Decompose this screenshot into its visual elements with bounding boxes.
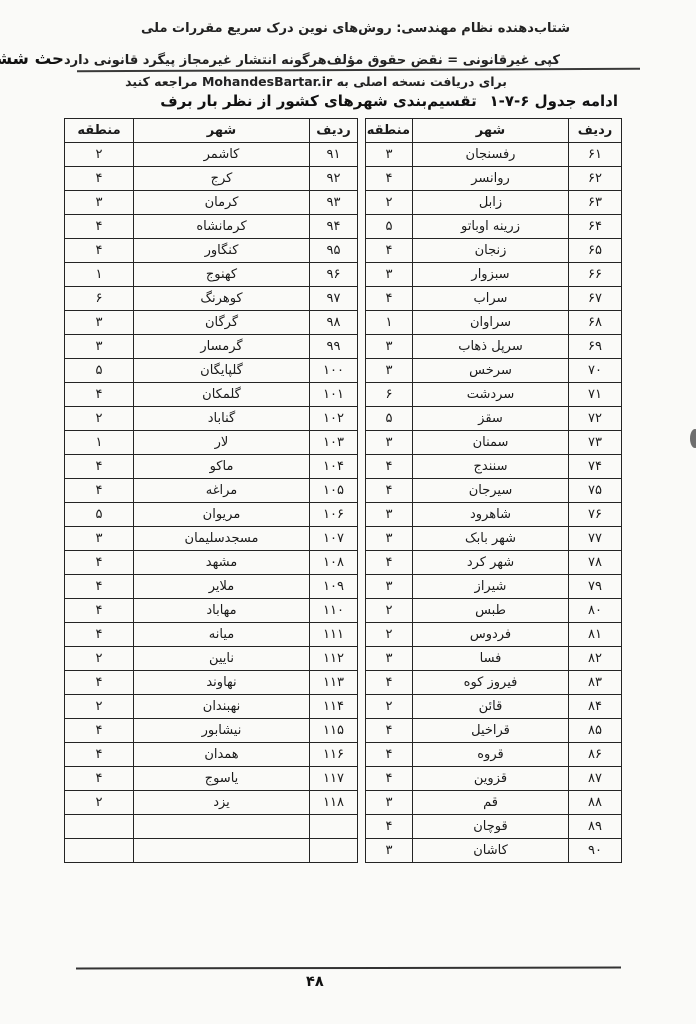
- table-row: ۱۱۰مهاباد۴: [65, 599, 358, 623]
- cell-city: قراخیل: [413, 719, 569, 743]
- table-header-row: ردیف شهر منطقه: [65, 119, 358, 143]
- cell-zone: ۲: [366, 191, 413, 215]
- cell-zone: ۳: [65, 311, 134, 335]
- column-header-zone: منطقه: [366, 119, 413, 143]
- cell-city: سرپل ذهاب: [413, 335, 569, 359]
- cell-city: نایین: [134, 647, 310, 671]
- page-number: ۴۸: [306, 974, 324, 990]
- cell-city: نیشابور: [134, 719, 310, 743]
- cell-zone: ۵: [65, 503, 134, 527]
- cell-city: کاشان: [413, 839, 569, 863]
- table-row: ۹۸گرگان۳: [65, 311, 358, 335]
- cell-row: ۱۱۴: [310, 695, 358, 719]
- table-row: ۱۰۱گلمکان۴: [65, 383, 358, 407]
- cell-zone: ۴: [366, 455, 413, 479]
- snow-load-table-right-half: ردیف شهر منطقه ۶۱رفسنجان۳۶۲روانسر۴۶۳زابل…: [365, 118, 622, 863]
- cell-zone: ۳: [366, 839, 413, 863]
- table-row: ۸۳فیروز کوه۴: [366, 671, 622, 695]
- cell-zone: ۳: [366, 431, 413, 455]
- cell-zone: ۳: [366, 575, 413, 599]
- column-header-city: شهر: [413, 119, 569, 143]
- cell-zone: ۴: [65, 743, 134, 767]
- cell-row: ۱۰۷: [310, 527, 358, 551]
- column-header-row-number: ردیف: [569, 119, 622, 143]
- cell-city: قائن: [413, 695, 569, 719]
- snow-load-tables: ردیف شهر منطقه ۶۱رفسنجان۳۶۲روانسر۴۶۳زابل…: [64, 118, 622, 863]
- cell-zone: ۴: [366, 167, 413, 191]
- cell-city: نهبندان: [134, 695, 310, 719]
- cell-row: ۷۸: [569, 551, 622, 575]
- table-row: ۶۸سراوان۱: [366, 311, 622, 335]
- cell-city: ماکو: [134, 455, 310, 479]
- table-row: ۱۰۲گناباد۲: [65, 407, 358, 431]
- cell-city: رفسنجان: [413, 143, 569, 167]
- cell-row: ۶۷: [569, 287, 622, 311]
- cell-city: سیرجان: [413, 479, 569, 503]
- table-row: ۶۹سرپل ذهاب۳: [366, 335, 622, 359]
- cell-zone: ۳: [366, 359, 413, 383]
- cell-zone: ۴: [65, 671, 134, 695]
- column-header-row-number: ردیف: [310, 119, 358, 143]
- cell-city: قزوین: [413, 767, 569, 791]
- cell-zone: ۲: [65, 143, 134, 167]
- table-row: ۹۰کاشان۳: [366, 839, 622, 863]
- cell-city: قم: [413, 791, 569, 815]
- table-row: ۷۵سیرجان۴: [366, 479, 622, 503]
- cell-zone: ۴: [65, 479, 134, 503]
- cell-row: ۷۱: [569, 383, 622, 407]
- legal-warning: هرگونه انتشار غیرمجاز پیگرد قانونی دارد: [64, 53, 327, 68]
- cell-zone: ۲: [65, 791, 134, 815]
- cell-zone: ۴: [366, 767, 413, 791]
- table-row: ۶۱رفسنجان۳: [366, 143, 622, 167]
- table-row: ۱۱۵نیشابور۴: [65, 719, 358, 743]
- cell-zone: ۳: [366, 527, 413, 551]
- cell-zone: ۳: [366, 791, 413, 815]
- cell-city: شیراز: [413, 575, 569, 599]
- cell-row: ۶۸: [569, 311, 622, 335]
- cell-zone: ۱: [65, 263, 134, 287]
- cell-row: ۸۸: [569, 791, 622, 815]
- cell-city: سرخس: [413, 359, 569, 383]
- table-row: ۷۳سمنان۳: [366, 431, 622, 455]
- table-row: ۹۹گرمسار۳: [65, 335, 358, 359]
- cell-row: ۹۹: [310, 335, 358, 359]
- cell-row: ۸۴: [569, 695, 622, 719]
- table-row: ۸۸قم۳: [366, 791, 622, 815]
- cell-city: یزد: [134, 791, 310, 815]
- cell-row: ۸۹: [569, 815, 622, 839]
- cell-row: ۶۴: [569, 215, 622, 239]
- table-row: ۶۲روانسر۴: [366, 167, 622, 191]
- cell-zone: ۴: [366, 719, 413, 743]
- cell-zone: ۴: [366, 551, 413, 575]
- table-row: ۶۷سراب۴: [366, 287, 622, 311]
- cell-zone: ۴: [65, 575, 134, 599]
- table-row: ۷۷شهر بابک۳: [366, 527, 622, 551]
- cell-zone: ۴: [366, 287, 413, 311]
- cell-city: کوهرنگ: [134, 287, 310, 311]
- cell-row: ۹۱: [310, 143, 358, 167]
- cell-zone: ۵: [366, 215, 413, 239]
- cell-city: کنگاور: [134, 239, 310, 263]
- table-row: ۱۱۶همدان۴: [65, 743, 358, 767]
- cell-zone: ۴: [366, 743, 413, 767]
- table-row: ۹۵کنگاور۴: [65, 239, 358, 263]
- table-row: ۱۱۴نهبندان۲: [65, 695, 358, 719]
- cell-city: مریوان: [134, 503, 310, 527]
- cell-row: ۶۹: [569, 335, 622, 359]
- cell-city: سراب: [413, 287, 569, 311]
- table-row: ۹۷کوهرنگ۶: [65, 287, 358, 311]
- table-row: ۱۱۷یاسوج۴: [65, 767, 358, 791]
- cell-row: ۸۵: [569, 719, 622, 743]
- cell-row: ۱۰۳: [310, 431, 358, 455]
- table-row: ۷۴سنندج۴: [366, 455, 622, 479]
- cell-zone: ۴: [366, 671, 413, 695]
- table-row: ۱۰۳لار۱: [65, 431, 358, 455]
- cell-row: ۱۱۸: [310, 791, 358, 815]
- cell-row: ۹۰: [569, 839, 622, 863]
- table-row: ۱۰۴ماکو۴: [65, 455, 358, 479]
- table-row: ۷۸شهر کرد۴: [366, 551, 622, 575]
- cell-city: کهنوج: [134, 263, 310, 287]
- header-promo-line: شتاب‌دهنده نظام مهندسی: روش‌های نوین درک…: [141, 21, 570, 36]
- cell-zone: [65, 815, 134, 839]
- table-row: ۱۰۹ملایر۴: [65, 575, 358, 599]
- cell-city: کرج: [134, 167, 310, 191]
- table-row: ۸۵قراخیل۴: [366, 719, 622, 743]
- table-row: ۹۱کاشمر۲: [65, 143, 358, 167]
- table-row: ۸۰طبس۲: [366, 599, 622, 623]
- cell-city: سمنان: [413, 431, 569, 455]
- cell-city: گرگان: [134, 311, 310, 335]
- cell-city: مشهد: [134, 551, 310, 575]
- cell-zone: ۱: [65, 431, 134, 455]
- table-row: ۶۶سبزوار۳: [366, 263, 622, 287]
- table-row: ۷۶شاهرود۳: [366, 503, 622, 527]
- cell-zone: ۶: [366, 383, 413, 407]
- cell-row: ۱۱۵: [310, 719, 358, 743]
- cell-city: سردشت: [413, 383, 569, 407]
- cell-row: ۶۲: [569, 167, 622, 191]
- table-row: ۱۱۲نایین۲: [65, 647, 358, 671]
- table-row: ۸۲فسا۳: [366, 647, 622, 671]
- cell-city: مسجدسلیمان: [134, 527, 310, 551]
- table-row: ۸۶قروه۴: [366, 743, 622, 767]
- table-header-row: ردیف شهر منطقه: [366, 119, 622, 143]
- cell-zone: ۴: [65, 383, 134, 407]
- table-row: ۱۱۳نهاوند۴: [65, 671, 358, 695]
- cell-city: میانه: [134, 623, 310, 647]
- cell-city: شاهرود: [413, 503, 569, 527]
- chapter-label-clipped: حث ششم: [0, 49, 64, 68]
- cell-row: ۸۶: [569, 743, 622, 767]
- cell-zone: ۲: [65, 695, 134, 719]
- cell-city: همدان: [134, 743, 310, 767]
- header-divider-line: [77, 68, 640, 72]
- cell-zone: ۴: [366, 815, 413, 839]
- cell-row: [310, 815, 358, 839]
- cell-city: سقز: [413, 407, 569, 431]
- cell-row: ۹۵: [310, 239, 358, 263]
- table-row: ۷۹شیراز۳: [366, 575, 622, 599]
- cell-zone: ۲: [366, 695, 413, 719]
- cell-city: روانسر: [413, 167, 569, 191]
- cell-zone: ۶: [65, 287, 134, 311]
- header-copyright-line: کپی غیرقانونی = نقض حقوق مؤلف هرگونه انت…: [4, 49, 560, 68]
- cell-city: مراغه: [134, 479, 310, 503]
- cell-row: ۸۲: [569, 647, 622, 671]
- table-row: ۱۰۷مسجدسلیمان۳: [65, 527, 358, 551]
- cell-city: قوچان: [413, 815, 569, 839]
- cell-city: کرمانشاه: [134, 215, 310, 239]
- snow-load-table-left-half: ردیف شهر منطقه ۹۱کاشمر۲۹۲کرج۴۹۳کرمان۳۹۴ک…: [64, 118, 358, 863]
- cell-row: ۷۶: [569, 503, 622, 527]
- cell-row: ۷۴: [569, 455, 622, 479]
- table-row: ۷۰سرخس۳: [366, 359, 622, 383]
- cell-zone: ۴: [65, 551, 134, 575]
- scan-artifact: [690, 429, 696, 448]
- cell-zone: ۲: [366, 599, 413, 623]
- cell-city: کاشمر: [134, 143, 310, 167]
- cell-zone: ۴: [65, 719, 134, 743]
- cell-row: ۹۸: [310, 311, 358, 335]
- cell-zone: ۲: [366, 623, 413, 647]
- cell-city: زنجان: [413, 239, 569, 263]
- scanned-document-page: شتاب‌دهنده نظام مهندسی: روش‌های نوین درک…: [0, 0, 696, 1024]
- cell-row: ۸۷: [569, 767, 622, 791]
- column-header-city: شهر: [134, 119, 310, 143]
- table-row: ۸۱فردوس۲: [366, 623, 622, 647]
- cell-row: ۱۱۶: [310, 743, 358, 767]
- cell-row: ۱۰۵: [310, 479, 358, 503]
- cell-zone: ۴: [65, 767, 134, 791]
- table-row: ۹۳کرمان۳: [65, 191, 358, 215]
- table-title: ادامه جدول ۶-۷-۱ تقسیم‌بندی شهرهای کشور …: [160, 92, 618, 110]
- cell-zone: ۳: [65, 191, 134, 215]
- cell-row: ۹۴: [310, 215, 358, 239]
- cell-zone: ۳: [366, 143, 413, 167]
- cell-zone: ۴: [65, 599, 134, 623]
- footer-divider-line: [76, 967, 621, 970]
- cell-zone: ۴: [65, 239, 134, 263]
- table-row: [65, 815, 358, 839]
- cell-row: ۷۰: [569, 359, 622, 383]
- cell-row: ۷۵: [569, 479, 622, 503]
- table-row: ۷۲سقز۵: [366, 407, 622, 431]
- table-row: ۸۴قائن۲: [366, 695, 622, 719]
- cell-city: [134, 815, 310, 839]
- cell-row: ۱۰۱: [310, 383, 358, 407]
- cell-zone: ۴: [65, 167, 134, 191]
- table-row: ۱۰۸مشهد۴: [65, 551, 358, 575]
- cell-row: ۹۲: [310, 167, 358, 191]
- cell-row: ۱۱۳: [310, 671, 358, 695]
- cell-row: ۹۶: [310, 263, 358, 287]
- cell-zone: ۳: [65, 335, 134, 359]
- cell-city: گلپایگان: [134, 359, 310, 383]
- cell-row: ۱۰۹: [310, 575, 358, 599]
- cell-zone: ۴: [65, 623, 134, 647]
- cell-row: ۶۱: [569, 143, 622, 167]
- cell-zone: ۴: [366, 479, 413, 503]
- cell-row: [310, 839, 358, 863]
- cell-city: سبزوار: [413, 263, 569, 287]
- cell-city: گلمکان: [134, 383, 310, 407]
- cell-row: ۱۰۸: [310, 551, 358, 575]
- table-row: [65, 839, 358, 863]
- cell-zone: [65, 839, 134, 863]
- cell-city: ملایر: [134, 575, 310, 599]
- table-row: ۱۰۶مریوان۵: [65, 503, 358, 527]
- cell-row: ۸۳: [569, 671, 622, 695]
- header-source-line: برای دریافت نسخه اصلی به MohandesBartar.…: [125, 74, 507, 89]
- table-row: ۱۱۸یزد۲: [65, 791, 358, 815]
- table-row: ۶۵زنجان۴: [366, 239, 622, 263]
- column-header-zone: منطقه: [65, 119, 134, 143]
- cell-city: نهاوند: [134, 671, 310, 695]
- cell-zone: ۱: [366, 311, 413, 335]
- cell-city: گناباد: [134, 407, 310, 431]
- table-row: ۹۲کرج۴: [65, 167, 358, 191]
- cell-zone: ۲: [65, 407, 134, 431]
- cell-zone: ۳: [366, 263, 413, 287]
- cell-row: ۱۱۲: [310, 647, 358, 671]
- cell-city: گرمسار: [134, 335, 310, 359]
- cell-row: ۶۳: [569, 191, 622, 215]
- table-row: ۸۷قزوین۴: [366, 767, 622, 791]
- cell-city: سنندج: [413, 455, 569, 479]
- cell-zone: ۵: [65, 359, 134, 383]
- cell-city: فسا: [413, 647, 569, 671]
- cell-row: ۱۱۰: [310, 599, 358, 623]
- cell-city: سراوان: [413, 311, 569, 335]
- table-row: ۹۴کرمانشاه۴: [65, 215, 358, 239]
- cell-city: زابل: [413, 191, 569, 215]
- cell-city: لار: [134, 431, 310, 455]
- cell-city: فردوس: [413, 623, 569, 647]
- cell-zone: ۲: [65, 647, 134, 671]
- cell-city: قروه: [413, 743, 569, 767]
- cell-row: ۶۶: [569, 263, 622, 287]
- cell-zone: ۳: [366, 647, 413, 671]
- cell-zone: ۴: [65, 455, 134, 479]
- cell-row: ۹۷: [310, 287, 358, 311]
- table-row: ۱۰۵مراغه۴: [65, 479, 358, 503]
- cell-row: ۱۰۶: [310, 503, 358, 527]
- cell-row: ۷۷: [569, 527, 622, 551]
- cell-row: ۱۰۰: [310, 359, 358, 383]
- cell-city: کرمان: [134, 191, 310, 215]
- cell-city: زرینه اوباتو: [413, 215, 569, 239]
- table-row: ۱۰۰گلپایگان۵: [65, 359, 358, 383]
- cell-city: [134, 839, 310, 863]
- cell-city: فیروز کوه: [413, 671, 569, 695]
- cell-zone: ۴: [366, 239, 413, 263]
- table-row: ۹۶کهنوج۱: [65, 263, 358, 287]
- cell-row: ۱۰۴: [310, 455, 358, 479]
- cell-row: ۱۰۲: [310, 407, 358, 431]
- cell-row: ۷۳: [569, 431, 622, 455]
- cell-row: ۱۱۷: [310, 767, 358, 791]
- cell-zone: ۳: [366, 335, 413, 359]
- cell-city: شهر بابک: [413, 527, 569, 551]
- cell-city: شهر کرد: [413, 551, 569, 575]
- cell-row: ۸۰: [569, 599, 622, 623]
- table-row: ۱۱۱میانه۴: [65, 623, 358, 647]
- cell-zone: ۴: [65, 215, 134, 239]
- cell-city: مهاباد: [134, 599, 310, 623]
- cell-zone: ۳: [366, 503, 413, 527]
- cell-row: ۶۵: [569, 239, 622, 263]
- table-row: ۸۹قوچان۴: [366, 815, 622, 839]
- cell-row: ۹۳: [310, 191, 358, 215]
- table-row: ۶۴زرینه اوباتو۵: [366, 215, 622, 239]
- cell-row: ۱۱۱: [310, 623, 358, 647]
- table-row: ۶۳زابل۲: [366, 191, 622, 215]
- copyright-notice: کپی غیرقانونی = نقض حقوق مؤلف: [327, 53, 560, 68]
- cell-row: ۸۱: [569, 623, 622, 647]
- cell-city: یاسوج: [134, 767, 310, 791]
- table-row: ۷۱سردشت۶: [366, 383, 622, 407]
- cell-zone: ۵: [366, 407, 413, 431]
- cell-row: ۷۹: [569, 575, 622, 599]
- cell-zone: ۳: [65, 527, 134, 551]
- cell-city: طبس: [413, 599, 569, 623]
- cell-row: ۷۲: [569, 407, 622, 431]
